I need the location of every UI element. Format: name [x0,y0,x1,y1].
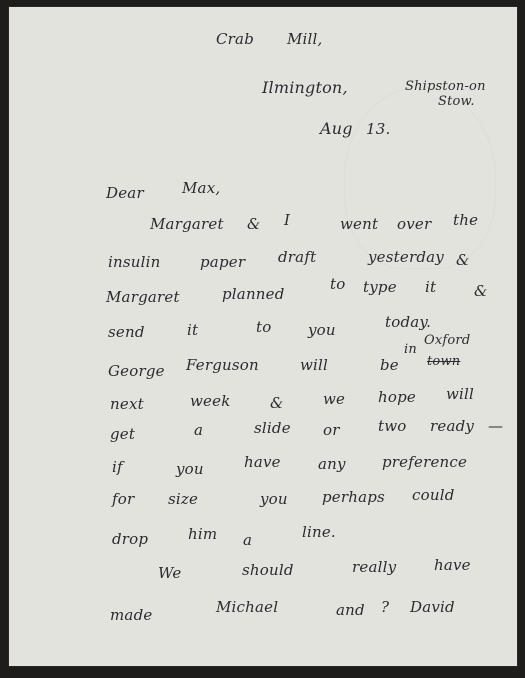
body-word: hope [378,390,416,405]
body-word: be [380,358,399,373]
body-word: type [363,280,397,295]
body-word: Ferguson [186,358,259,373]
body-word: perhaps [322,490,385,505]
salutation-word: Dear [106,186,144,201]
body-word: or [323,423,340,438]
body-word: get [110,427,135,442]
body-word: — [488,419,503,434]
body-word: for [112,492,134,507]
address-word: Stow. [438,95,475,108]
body-word: over [397,217,431,232]
date-month: Aug [320,121,353,137]
body-word: yesterday [368,250,444,265]
body-word: & [270,396,284,411]
body-word: a [243,533,252,548]
body-word: slide [254,421,291,436]
body-word: preference [382,455,467,470]
correction-mark: in [404,343,417,356]
address-word: Crab [216,32,254,47]
body-word: went [340,217,378,232]
embossed-watermark [344,87,496,269]
body-word: the [453,213,478,228]
body-word: draft [278,250,316,265]
body-word: Michael [216,600,278,615]
body-word: paper [200,255,245,270]
body-word: have [244,455,281,470]
body-word: will [446,387,474,402]
body-word: insulin [108,255,160,270]
body-word: I [284,213,290,228]
body-word: line. [302,525,336,540]
body-word: you [308,323,336,338]
body-word: made [110,608,152,623]
body-word: size [168,492,198,507]
body-word: & [474,284,488,299]
salutation-name: Max, [182,181,220,196]
body-word: We [158,566,181,581]
body-word: next [110,397,144,412]
body-word: drop [112,532,148,547]
body-word: & [456,253,470,268]
body-word: you [260,492,288,507]
struck-through-word: town [427,355,460,368]
body-word: any [318,457,346,472]
body-word: David [410,600,455,615]
body-word: Margaret [150,217,224,232]
body-word: send [108,325,145,340]
body-word: really [352,560,396,575]
body-word: today. [385,315,431,330]
address-town: Ilmington, [262,80,348,96]
body-word: it [425,280,436,295]
date-day: 13. [366,122,390,137]
body-word: to [330,277,345,292]
correction-inserted-word: Oxford [424,334,470,347]
body-word: a [194,423,203,438]
body-word: could [412,488,455,503]
body-word: it [187,323,198,338]
body-word: will [300,358,328,373]
body-word: and [336,603,365,618]
body-word: ? [381,600,389,615]
body-word: ready [430,419,474,434]
address-word: Shipston-on [405,80,486,93]
body-word: week [190,394,230,409]
address-word: Mill, [287,32,323,47]
body-word: you [176,462,204,477]
body-word: should [242,563,294,578]
body-word: if [112,460,123,475]
body-word: George [108,364,165,379]
body-word: Margaret [106,290,180,305]
body-word: have [434,558,471,573]
body-word: to [256,320,271,335]
body-word: & [247,217,261,232]
body-word: we [323,392,345,407]
body-word: two [378,419,407,434]
body-word: planned [222,287,285,302]
body-word: him [188,527,217,542]
